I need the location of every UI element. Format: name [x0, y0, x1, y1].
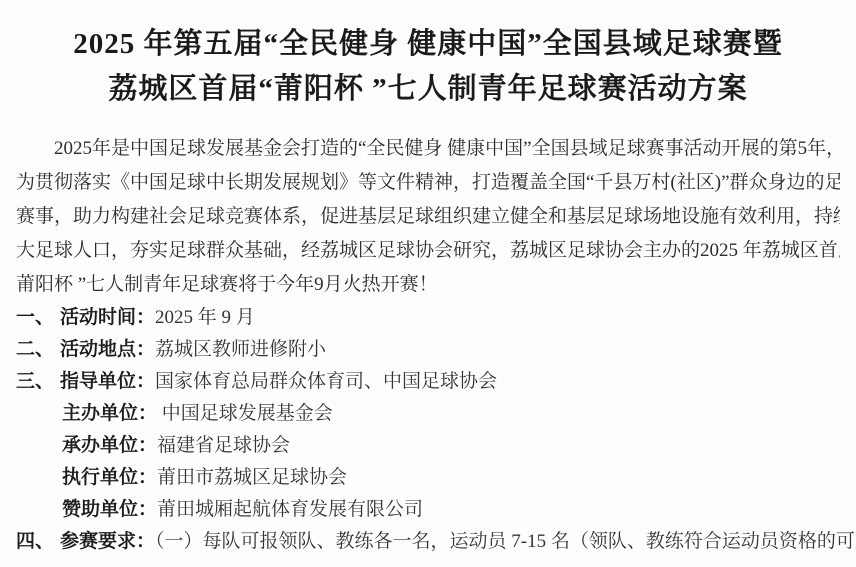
item-value: 中国足球发展基金会 — [162, 403, 333, 424]
item-label: 活动时间： — [60, 307, 155, 328]
item-value: 莆田市荔城区足球协会 — [157, 467, 347, 488]
document-title-line-2: 荔城区首届“莆阳杯 ”七人制青年足球赛活动方案 — [0, 67, 856, 112]
list-item-entry-requirements: 四、参赛要求：（一）每队可报领队、教练各一名，运动员 7-15 名（领队、教练符… — [0, 526, 856, 558]
item-value: 荔城区教师进修附小 — [155, 339, 326, 360]
item-value: 福建省足球协会 — [157, 435, 290, 456]
list-item-sponsor-unit: 赞助单位：莆田城厢起航体育发展有限公司 — [0, 494, 856, 526]
item-label: 承办单位： — [62, 435, 157, 456]
item-value: 2025 年 9 月 — [155, 307, 255, 328]
item-value: （一）每队可报领队、教练各一名，运动员 7-15 名（领队、教练符合运动员资格的… — [155, 531, 856, 552]
item-value: 莆田城厢起航体育发展有限公司 — [157, 499, 423, 520]
document-title: 2025 年第五届“全民健身 健康中国”全国县域足球赛暨 荔城区首届“莆阳杯 ”… — [0, 22, 856, 112]
item-label: 执行单位： — [62, 467, 157, 488]
item-label: 主办单位： — [62, 403, 157, 424]
list-item-executing-unit: 执行单位：莆田市荔城区足球协会 — [0, 462, 856, 494]
intro-paragraph-line: 2025年是中国足球发展基金会打造的“全民健身 健康中国”全国县域足球赛事活动开… — [16, 132, 840, 166]
item-label: 参赛要求： — [60, 531, 155, 552]
item-number: 四、 — [16, 531, 54, 552]
intro-paragraph-line: 赛事，助力构建社会足球竞赛体系，促进基层足球组织建立健全和基层足球场地设施有效利… — [16, 200, 840, 234]
item-value: 国家体育总局群众体育司、中国足球协会 — [155, 371, 497, 392]
item-number: 二、 — [16, 339, 54, 360]
intro-paragraph-line: 为贯彻落实《中国足球中长期发展规划》等文件精神，打造覆盖全国“千县万村(社区)”… — [16, 166, 840, 200]
info-list: 一、活动时间：2025 年 9 月 二、活动地点：荔城区教师进修附小 三、指导单… — [0, 302, 856, 558]
intro-paragraph: 2025年是中国足球发展基金会打造的“全民健身 健康中国”全国县域足球赛事活动开… — [0, 132, 856, 302]
document-title-line-1: 2025 年第五届“全民健身 健康中国”全国县域足球赛暨 — [0, 22, 856, 67]
item-label: 赞助单位： — [62, 499, 157, 520]
list-item-guiding-unit: 三、指导单位：国家体育总局群众体育司、中国足球协会 — [0, 366, 856, 398]
item-number: 三、 — [16, 371, 54, 392]
list-item-host-unit: 主办单位： 中国足球发展基金会 — [0, 398, 856, 430]
intro-paragraph-line: 大足球人口，夯实足球群众基础，经荔城区足球协会研究，荔城区足球协会主办的2025… — [16, 234, 840, 268]
list-item-organizing-unit: 承办单位：福建省足球协会 — [0, 430, 856, 462]
item-label: 指导单位： — [60, 371, 155, 392]
list-item-event-location: 二、活动地点：荔城区教师进修附小 — [0, 334, 856, 366]
item-label: 活动地点： — [60, 339, 155, 360]
item-number: 一、 — [16, 307, 54, 328]
intro-paragraph-line: 莆阳杯 ”七人制青年足球赛将于今年9月火热开赛！ — [16, 268, 840, 302]
document-page: 2025 年第五届“全民健身 健康中国”全国县域足球赛暨 荔城区首届“莆阳杯 ”… — [0, 0, 856, 567]
list-item-event-time: 一、活动时间：2025 年 9 月 — [0, 302, 856, 334]
